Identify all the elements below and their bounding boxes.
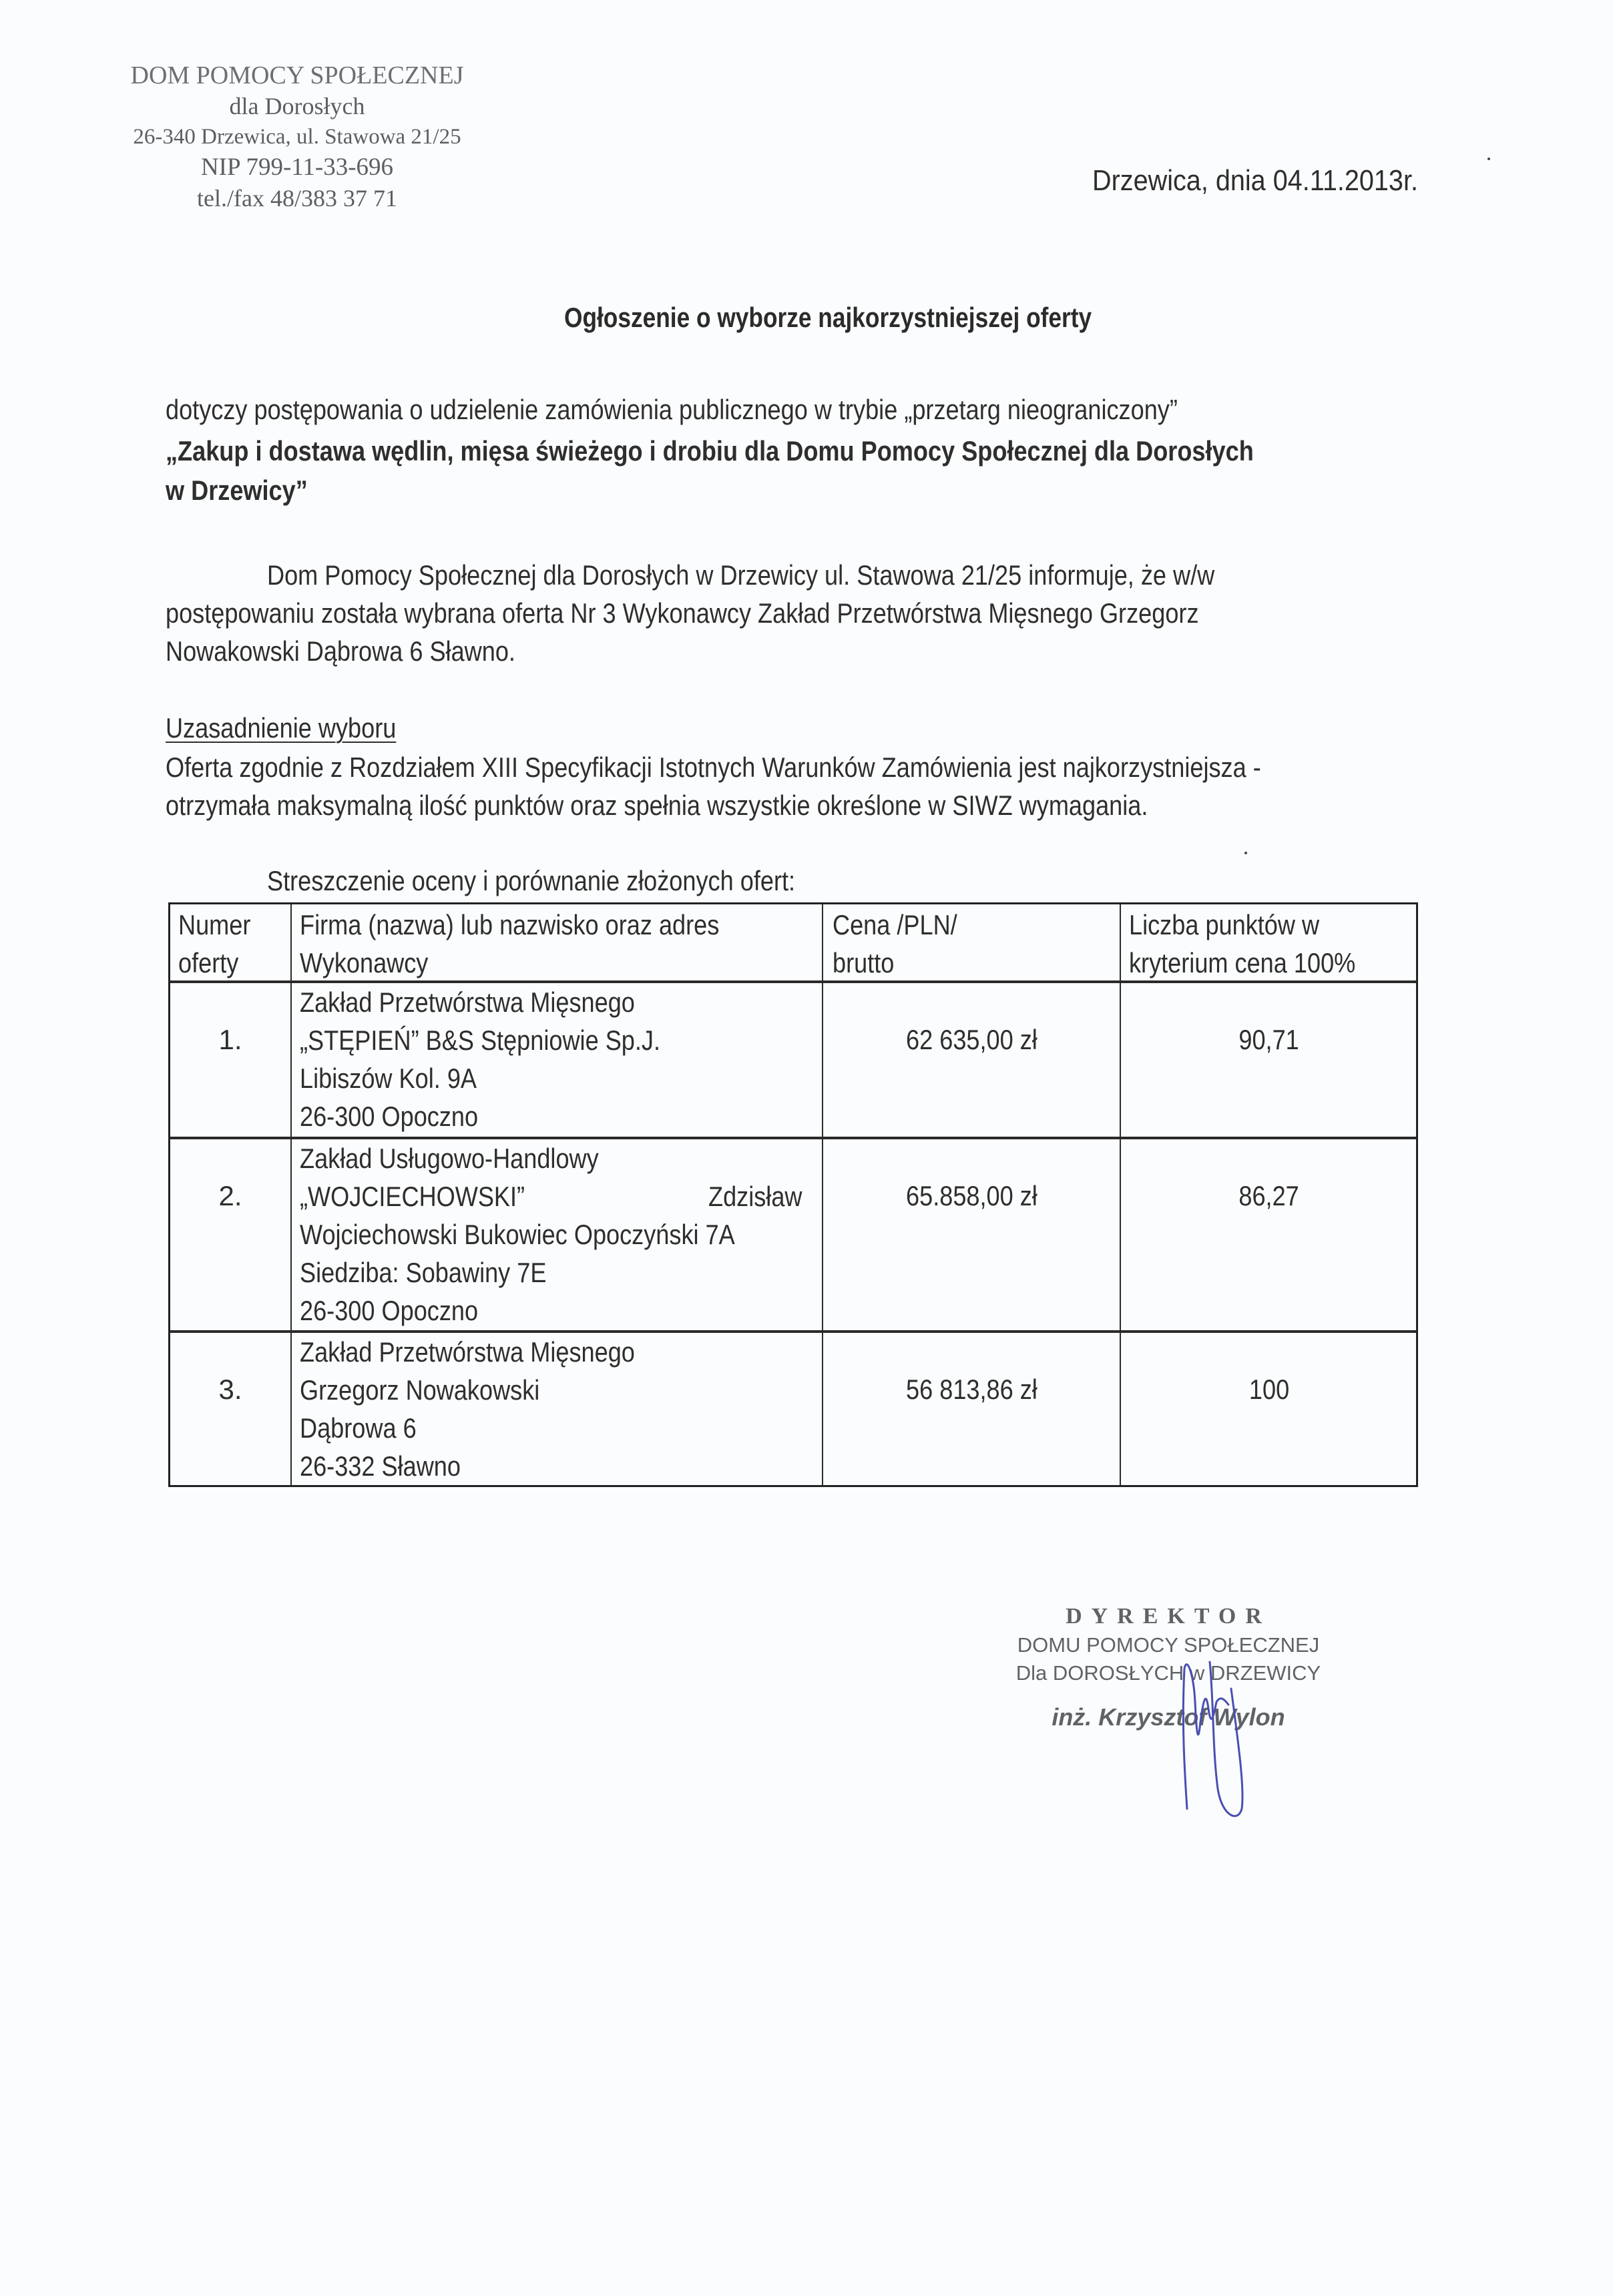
letterhead-stamp: DOM POMOCY SPOŁECZNEJ dla Dorosłych 26-3…: [110, 60, 484, 214]
stamp-address: 26-340 Drzewica, ul. Stawowa 21/25: [110, 121, 484, 152]
subject-line-1: „Zakup i dostawa wędlin, mięsa świeżego …: [166, 435, 1431, 467]
header-points: Liczba punktów w kryterium cena 100%: [1129, 906, 1393, 982]
justification-line-1: Oferta zgodnie z Rozdziałem XIII Specyfi…: [166, 752, 1439, 784]
table-caption: Streszczenie oceny i porównanie złożonyc…: [267, 865, 881, 897]
column-divider: [290, 904, 292, 1485]
row-3-points: 100: [1121, 1370, 1417, 1408]
date-line: Drzewica, dnia 04.11.2013r.: [1092, 164, 1454, 198]
row-3-contractor: Zakład Przetwórstwa Mięsnego Grzegorz No…: [300, 1333, 690, 1485]
row-1-number: 1.: [170, 1021, 290, 1059]
row-1-price: 62 635,00 zł: [823, 1021, 1120, 1059]
offers-table: Numer oferty Firma (nazwa) lub nazwisko …: [168, 902, 1418, 1487]
stamp-org-subtitle: dla Dorosłych: [110, 91, 484, 121]
row-2-contractor-firstname: Zdzisław: [708, 1177, 817, 1215]
row-2-points: 86,27: [1121, 1177, 1417, 1215]
scan-speck: [1244, 852, 1247, 854]
row-2-contractor: Zakład Usługowo-Handlowy „WOJCIECHOWSKI”…: [300, 1139, 806, 1330]
handwritten-signature-icon: [1175, 1649, 1262, 1822]
stamp-institution-location: Dla DOROSŁYCH w DRZEWICY: [981, 1659, 1355, 1687]
announcement-line-1: Dom Pomocy Społecznej dla Dorosłych w Dr…: [267, 559, 1369, 591]
stamp-nip: NIP 799-11-33-696: [110, 152, 484, 183]
director-stamp: DYREKTOR DOMU POMOCY SPOŁECZNEJ Dla DORO…: [981, 1602, 1355, 1731]
subject-line-2: w Drzewicy”: [166, 475, 330, 507]
justification-heading: Uzasadnienie wyboru: [166, 712, 434, 744]
document-title: Ogłoszenie o wyborze najkorzystniejszej …: [564, 302, 1192, 334]
row-2-number: 2.: [170, 1177, 290, 1215]
stamp-institution: DOMU POMOCY SPOŁECZNEJ: [981, 1631, 1355, 1659]
intro-line: dotyczy postępowania o udzielenie zamówi…: [166, 394, 1343, 426]
justification-line-2: otrzymała maksymalną ilość punktów oraz …: [166, 790, 1308, 822]
announcement-line-3: Nowakowski Dąbrowa 6 Sławno.: [166, 635, 572, 667]
row-3-number: 3.: [170, 1370, 290, 1408]
header-number: Numer oferty: [178, 906, 262, 982]
header-price: Cena /PLN/ brutto: [833, 906, 977, 982]
scan-speck: [1487, 158, 1490, 160]
announcement-line-2: postępowaniu została wybrana oferta Nr 3…: [166, 597, 1367, 629]
header-contractor: Firma (nazwa) lub nazwisko oraz adres Wy…: [300, 906, 788, 982]
row-2-price: 65.858,00 zł: [823, 1177, 1120, 1215]
stamp-title: DYREKTOR: [981, 1602, 1355, 1631]
stamp-org-name: DOM POMOCY SPOŁECZNEJ: [110, 60, 484, 91]
stamp-phone: tel./fax 48/383 37 71: [110, 183, 484, 214]
row-3-price: 56 813,86 zł: [823, 1370, 1120, 1408]
row-1-contractor: Zakład Przetwórstwa Mięsnego „STĘPIEŃ” B…: [300, 983, 719, 1135]
row-1-points: 90,71: [1121, 1021, 1417, 1059]
stamp-director-name: inż. Krzysztof Wylon: [981, 1703, 1355, 1731]
